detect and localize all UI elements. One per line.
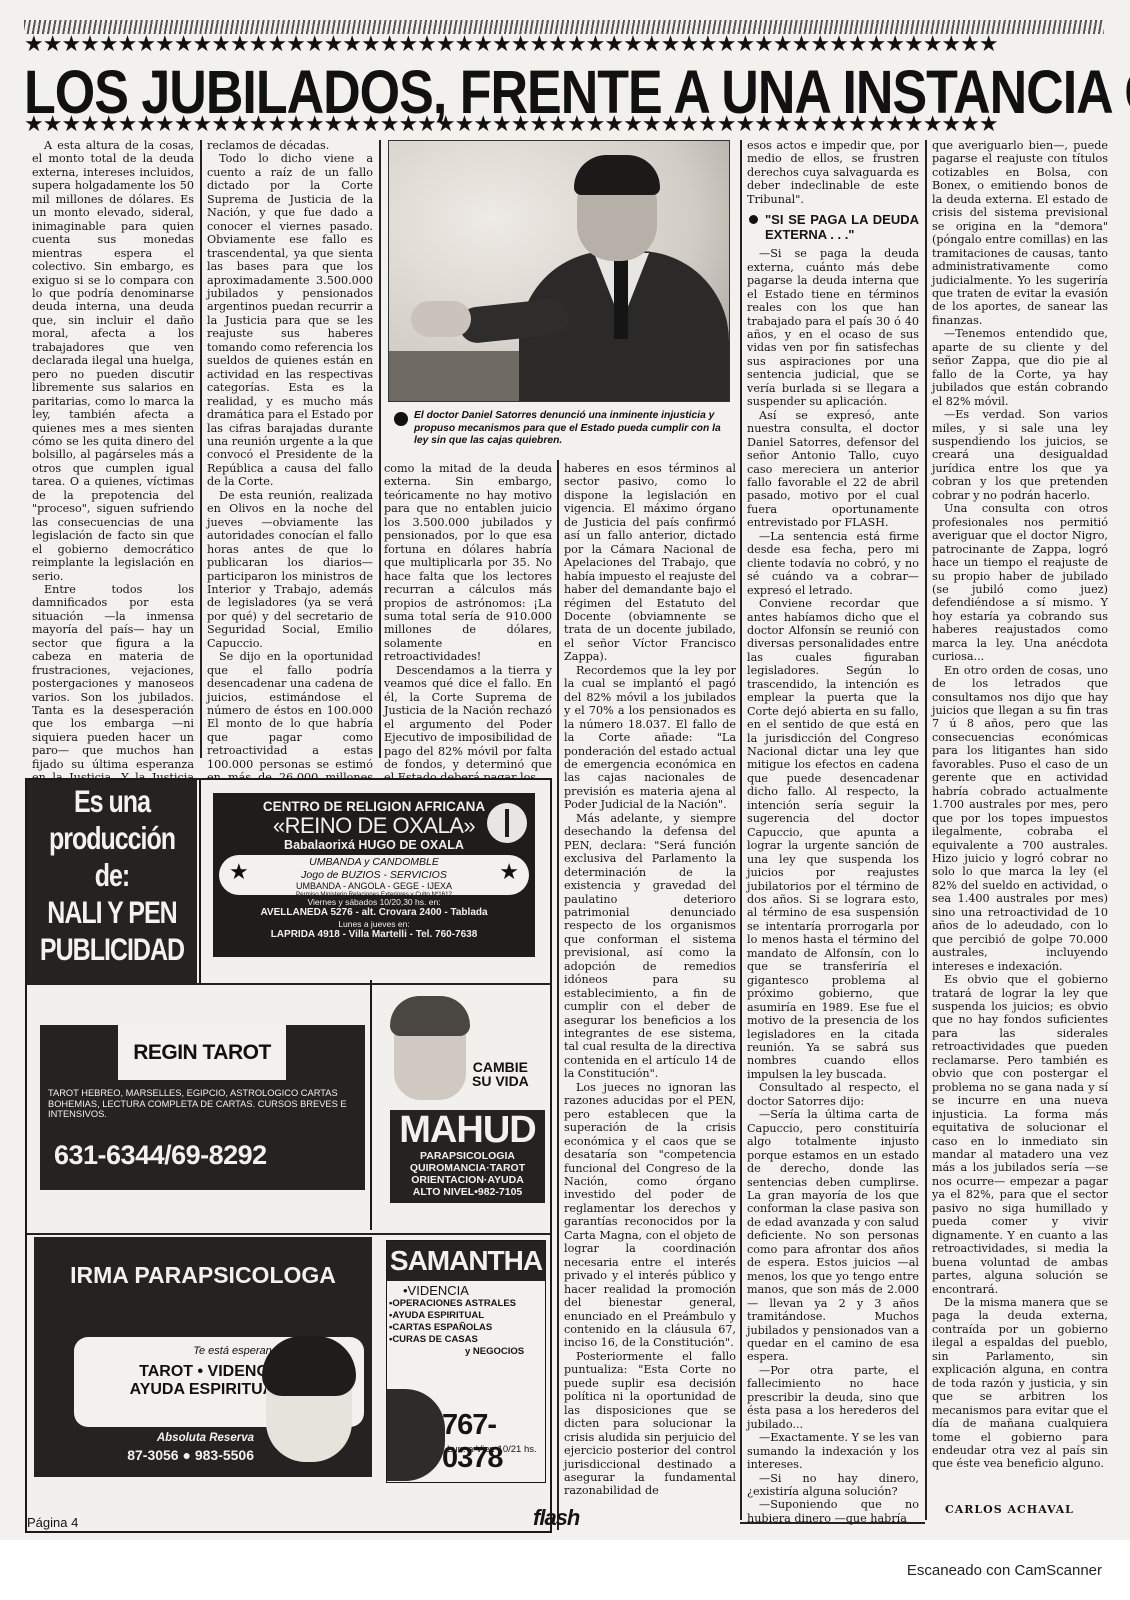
ad-line: Absoluta Reserva — [74, 1432, 254, 1444]
ad-line: QUIROMANCIA·TAROT — [390, 1162, 545, 1174]
flash-logo: flash — [533, 1505, 579, 1531]
ad-irma-parapsicologa: IRMA PARAPSICOLOGA Te está esperando TAR… — [34, 1237, 372, 1477]
column-rule — [925, 140, 927, 1520]
ad-mahud-box: MAHUD PARAPSICOLOGIA QUIROMANCIA·TAROT O… — [390, 1110, 545, 1203]
paragraph: haberes en esos términos al sector pasiv… — [564, 462, 736, 664]
ad-nali-y-pen: Es una producción de: NALI Y PEN PUBLICI… — [27, 780, 197, 983]
ad-line: Jogo de BUZIOS - SERVICIOS — [219, 868, 529, 881]
portrait-image — [387, 1389, 445, 1481]
ad-address: AVELLANEDA 5276 - alt. Crovara 2400 - Ta… — [213, 907, 535, 919]
portrait-photo — [388, 140, 730, 402]
star-icon: ★ — [229, 861, 249, 883]
star-icon: ★ — [499, 861, 519, 883]
paragraph: —Si se paga la deuda externa, cuánto más… — [747, 247, 919, 408]
paragraph: Recordemos que la ley por la cual se imp… — [564, 664, 736, 812]
ad-services-pill: ★ ★ UMBANDA y CANDOMBLE Jogo de BUZIOS -… — [219, 855, 529, 895]
paragraph: Se dijo en la oportunidad que el fallo p… — [207, 650, 373, 798]
star-border-bottom: ★★★★★★★★★★★★★★★★★★★★★★★★★★★★★★★★★★★★★★★★… — [24, 114, 1109, 136]
paragraph: reclamos de décadas. — [207, 139, 373, 152]
newspaper-page: ★★★★★★★★★★★★★★★★★★★★★★★★★★★★★★★★★★★★★★★★… — [0, 0, 1130, 1600]
page-number: Página 4 — [27, 1515, 78, 1530]
paragraph: Así se expresó, ante nuestra consulta, e… — [747, 409, 919, 530]
column-rule — [740, 140, 742, 1520]
scanner-watermark: Escaneado con CamScanner — [907, 1562, 1102, 1579]
paragraph: Más adelante, y siempre desechando la de… — [564, 812, 736, 1081]
caption-text: El doctor Daniel Satorres denunció una i… — [414, 410, 721, 446]
column-rule — [200, 140, 202, 758]
ad-phone: 631-6344/69-8292 — [54, 1140, 267, 1171]
scanner-watermark-bar: Escaneado con CamScanner — [0, 1540, 1130, 1600]
paragraph: —Sería la última carta de Capuccio, pero… — [747, 1108, 919, 1364]
article-column-2: reclamos de décadas. Todo lo dicho viene… — [207, 139, 373, 798]
ad-line: Babalaorixá HUGO DE OXALA — [213, 838, 535, 852]
ad-line: TAROT • VIDENCIA — [84, 1363, 284, 1381]
ad-line: CAMBIE — [472, 1060, 529, 1074]
paragraph: Posteriormente el fallo puntualiza: "Est… — [564, 1350, 736, 1498]
subhead-text: "SI SE PAGA LA DEUDA EXTERNA . . ." — [765, 212, 919, 242]
paragraph: A esta altura de la cosas, el monto tota… — [32, 139, 194, 583]
article-column-6: que averiguarlo bien—, puede pagarse el … — [932, 139, 1108, 1471]
ad-services: TAROT • VIDENCIA AYUDA ESPIRITUAL — [84, 1363, 284, 1399]
author-signature: CARLOS ACHAVAL — [945, 1503, 1074, 1516]
paragraph: como la mitad de la deuda externa. Sin e… — [384, 462, 552, 664]
ad-line: PUBLICIDAD — [27, 927, 197, 973]
hatch-border — [24, 20, 1104, 34]
paragraph: Consultado al respecto, el doctor Satorr… — [747, 1081, 919, 1108]
bullet-icon — [394, 412, 408, 426]
ad-line: Viernes y sábados 10/20,30 hs. en: — [213, 897, 535, 907]
paragraph: —Si no hay dinero, ¿existiría alguna sol… — [747, 1472, 919, 1499]
ad-divider — [27, 1233, 550, 1235]
paragraph: Una consulta con otros profesionales nos… — [932, 502, 1108, 663]
paragraph: De esta reunión, realizada en Olivos en … — [207, 489, 373, 650]
paragraph: —Es verdad. Son varios miles, y si sale … — [932, 408, 1108, 502]
ad-phone: 87-3056 ● 983-5506 — [54, 1447, 254, 1463]
ad-line: Lunes a jueves en: — [213, 919, 535, 929]
ad-hours: Lun. a Vier. 10/21 hs. — [447, 1444, 537, 1455]
religious-emblem-icon — [487, 803, 527, 843]
column-rule — [557, 460, 559, 1530]
paragraph: En otro orden de cosas, uno de los letra… — [932, 664, 1108, 973]
ad-line: PARAPSICOLOGIA — [390, 1150, 545, 1162]
ad-line: Te está esperando — [114, 1345, 284, 1357]
ad-regin-tarot: REGIN TAROT TAROT HEBREO, MARSELLES, EGI… — [40, 1025, 365, 1190]
paragraph: —La sentencia está firme desde esa fecha… — [747, 530, 919, 597]
article-column-4: haberes en esos términos al sector pasiv… — [564, 462, 736, 1498]
list-item: •AYUDA ESPIRITUAL — [389, 1310, 545, 1322]
paragraph: Conviene recordar que antes habíamos dic… — [747, 597, 919, 1081]
portrait-hair — [390, 996, 470, 1036]
paragraph: Los jueces no ignoran las razones aducid… — [564, 1081, 736, 1350]
paragraph: Todo lo dicho viene a cuento a raíz de u… — [207, 152, 373, 488]
paragraph: —Suponiendo que no hubiera dinero —que h… — [747, 1498, 919, 1525]
ad-line: Permiso Ministerio Relaciones Exteriores… — [219, 891, 529, 898]
ad-phone: 767-0378 — [442, 1409, 545, 1475]
paragraph: —Por otra parte, el fallecimiento no hac… — [747, 1364, 919, 1431]
paragraph: —Tenemos entendido que, aparte de su cli… — [932, 327, 1108, 408]
ad-tagline: CAMBIE SU VIDA — [472, 1060, 529, 1088]
paragraph: De la misma manera que se paga la deuda … — [932, 1296, 1108, 1471]
photo-caption: El doctor Daniel Satorres denunció una i… — [392, 410, 732, 448]
ad-line: UMBANDA - ANGOLA - GEGE - IJEXA — [219, 881, 529, 891]
list-item: •VIDENCIA — [389, 1284, 545, 1298]
paragraph: esos actos e impedir que, por medio de e… — [747, 139, 919, 206]
ad-title: MAHUD — [390, 1110, 545, 1150]
ad-samantha: SAMANTHA •VIDENCIA •OPERACIONES ASTRALES… — [386, 1240, 546, 1483]
paragraph: Es obvio que el gobierno tratará de logr… — [932, 973, 1108, 1296]
article-column-5: esos actos e impedir que, por medio de e… — [747, 139, 919, 1525]
ad-description: TAROT HEBREO, MARSELLES, EGIPCIO, ASTROL… — [48, 1088, 358, 1120]
ad-title: REGIN TAROT — [118, 1025, 286, 1080]
list-item: •CARTAS ESPAÑOLAS — [389, 1322, 545, 1334]
ad-line: AYUDA ESPIRITUAL — [84, 1381, 284, 1399]
bullet-icon — [749, 215, 758, 224]
article-column-3: como la mitad de la deuda externa. Sin e… — [384, 462, 552, 785]
column-rule — [379, 140, 381, 758]
article-column-1: A esta altura de la cosas, el monto tota… — [32, 139, 194, 839]
ad-line: ORIENTACION·AYUDA — [390, 1174, 545, 1186]
ad-reino-de-oxala: CENTRO DE RELIGION AFRICANA «REINO DE OX… — [213, 793, 535, 957]
ad-line: UMBANDA y CANDOMBLE — [219, 855, 529, 868]
ad-address: LAPRIDA 4918 - Villa Martelli - Tel. 760… — [213, 929, 535, 941]
paragraph: que averiguarlo bien—, puede pagarse el … — [932, 139, 1108, 327]
ad-mahud: CAMBIE SU VIDA MAHUD PARAPSICOLOGIA QUIR… — [390, 1000, 545, 1205]
section-subhead: "SI SE PAGA LA DEUDA EXTERNA . . ." — [747, 212, 919, 242]
ad-line: CENTRO DE RELIGION AFRICANA — [213, 799, 535, 814]
list-item: y NEGOCIOS — [389, 1346, 545, 1358]
paragraph: Descendamos a la tierra y veamos qué dic… — [384, 664, 552, 785]
ad-phone: ALTO NIVEL•982-7105 — [390, 1186, 545, 1198]
ad-title: SAMANTHA — [387, 1241, 545, 1281]
ad-title: IRMA PARAPSICOLOGA — [34, 1262, 372, 1289]
list-item: •OPERACIONES ASTRALES — [389, 1298, 545, 1310]
ad-line: SU VIDA — [472, 1074, 529, 1088]
paragraph: —Exactamente. Y se les van sumando la in… — [747, 1431, 919, 1471]
star-border-top: ★★★★★★★★★★★★★★★★★★★★★★★★★★★★★★★★★★★★★★★★… — [24, 34, 1109, 56]
list-item: •CURAS DE CASAS — [389, 1334, 545, 1346]
ad-services-list: •VIDENCIA •OPERACIONES ASTRALES •AYUDA E… — [389, 1284, 545, 1358]
portrait-image — [266, 1342, 352, 1462]
